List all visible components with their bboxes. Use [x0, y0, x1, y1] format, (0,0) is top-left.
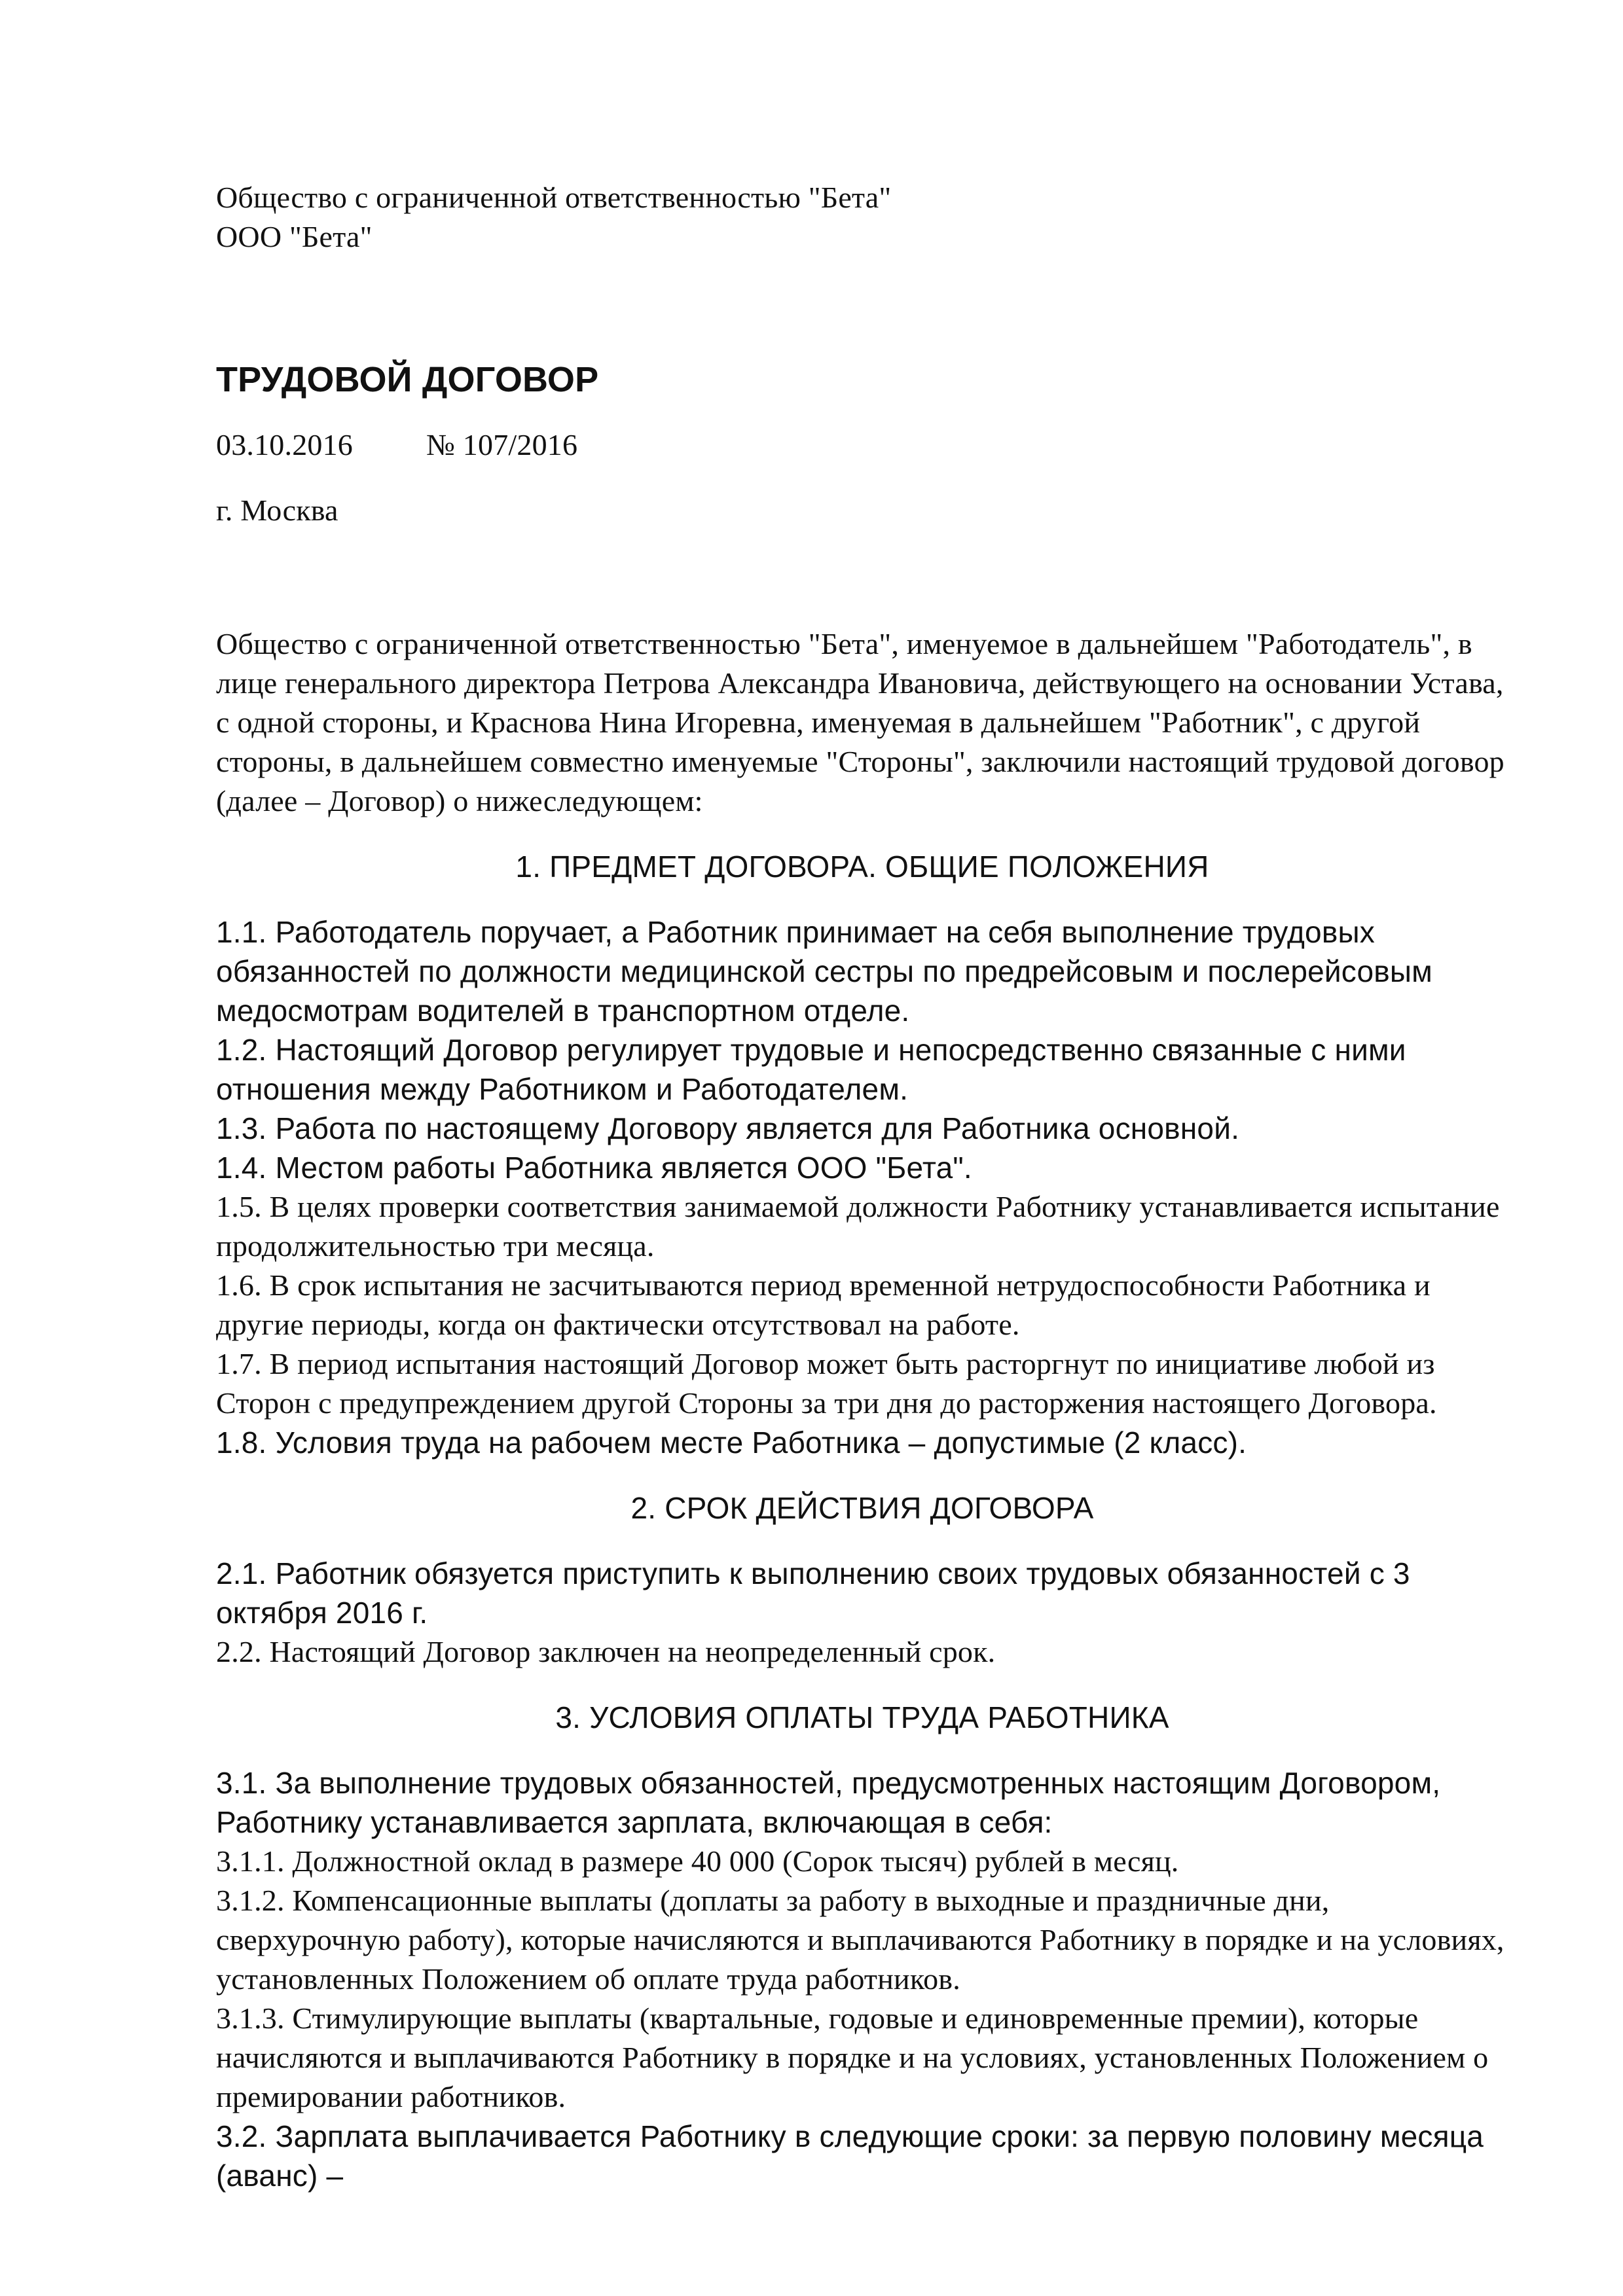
clause-1-1: 1.1. Работодатель поручает, а Работник п…: [216, 912, 1508, 1030]
document-date: 03.10.2016: [216, 428, 353, 461]
document-date-number-line: 03.10.2016№ 107/2016: [216, 425, 1508, 465]
section-2-heading: 2. СРОК ДЕЙСТВИЯ ДОГОВОРА: [216, 1488, 1508, 1528]
clause-3-2: 3.2. Зарплата выплачивается Работнику в …: [216, 2117, 1508, 2195]
contract-page: Общество с ограниченной ответственностью…: [0, 0, 1623, 2296]
section-1-heading: 1. ПРЕДМЕТ ДОГОВОРА. ОБЩИЕ ПОЛОЖЕНИЯ: [216, 847, 1508, 886]
clause-3-1-3: 3.1.3. Стимулирующие выплаты (квартальны…: [216, 1999, 1508, 2117]
document-city: г. Москва: [216, 491, 1508, 530]
clause-1-7: 1.7. В период испытания настоящий Догово…: [216, 1344, 1508, 1423]
clause-3-1: 3.1. За выполнение трудовых обязанностей…: [216, 1763, 1508, 1842]
company-name-full: Общество с ограниченной ответственностью…: [216, 178, 1508, 217]
document-title: ТРУДОВОЙ ДОГОВОР: [216, 360, 1508, 399]
preamble-paragraph: Общество с ограниченной ответственностью…: [216, 624, 1508, 821]
company-block: Общество с ограниченной ответственностью…: [216, 178, 1508, 257]
clause-1-8: 1.8. Условия труда на рабочем месте Рабо…: [216, 1423, 1508, 1462]
clause-1-6: 1.6. В срок испытания не засчитываются п…: [216, 1266, 1508, 1344]
company-name-short: ООО "Бета": [216, 217, 1508, 257]
document-number: № 107/2016: [426, 425, 577, 465]
clause-1-3: 1.3. Работа по настоящему Договору являе…: [216, 1109, 1508, 1148]
clause-2-2: 2.2. Настоящий Договор заключен на неопр…: [216, 1632, 1508, 1672]
clause-1-4: 1.4. Местом работы Работника является ОО…: [216, 1148, 1508, 1187]
clause-3-1-2: 3.1.2. Компенсационные выплаты (доплаты …: [216, 1881, 1508, 1999]
clause-3-1-1: 3.1.1. Должностной оклад в размере 40 00…: [216, 1842, 1508, 1881]
clause-2-1: 2.1. Работник обязуется приступить к вып…: [216, 1554, 1508, 1632]
section-3-heading: 3. УСЛОВИЯ ОПЛАТЫ ТРУДА РАБОТНИКА: [216, 1698, 1508, 1737]
clause-1-2: 1.2. Настоящий Договор регулирует трудов…: [216, 1030, 1508, 1109]
clause-1-5: 1.5. В целях проверки соответствия заним…: [216, 1187, 1508, 1266]
